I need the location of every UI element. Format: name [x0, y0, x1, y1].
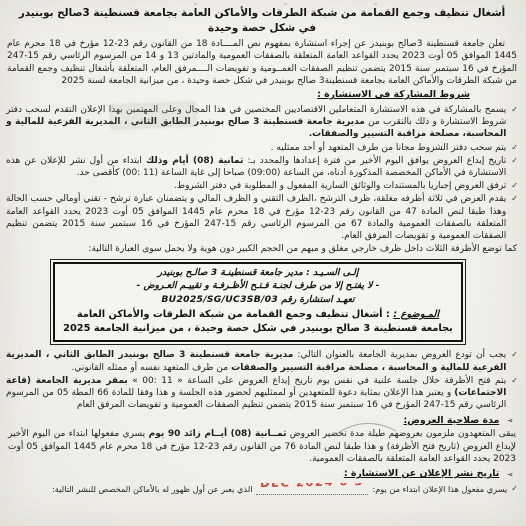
check-icon: ✓	[511, 142, 518, 154]
checklist-item: ✓يتم سحب دفتر الشروط مجانا من طرف المتعه…	[6, 142, 518, 154]
ink-bleed-ghost-stamp	[110, 102, 197, 130]
envelope-reference-line: تعهـد استشارة رقم BU2025/SG/UC3SB/03	[61, 293, 455, 307]
announcement-intro-paragraph: تعلن جامعة قسنطينة 3صالح بوبنيدر عن إجرا…	[7, 38, 517, 87]
scanned-tender-document: أشغال تنظيف وجمع القمامة من شبكة الطرقات…	[0, 0, 526, 526]
checklist-item-text: يسمح بالمشاركة في هذه الاستشارة المتعامل…	[6, 104, 506, 141]
check-icon: ✓	[511, 375, 518, 387]
checklist-item-text: يجب أن تودع العروض بمديرية الجامعة بالعن…	[6, 349, 506, 373]
check-icon: ✓	[511, 155, 518, 167]
checklist-item-text: ترفق العروض إجباريا بالمستندات والوثائق …	[6, 180, 506, 192]
section-heading-offer-validity: مدة صلاحية العروض:	[404, 415, 500, 428]
checklist-item: ✓ترفق العروض إجباريا بالمستندات والوثائق…	[6, 180, 518, 192]
document-title-line2: في شكل حصة وحيدة	[6, 21, 518, 36]
section-heading-publication-date: تاريخ نشر الإعلان عن الاستشارة :	[344, 468, 499, 481]
arrow-bullet-icon: ➢	[507, 417, 514, 425]
cropped-previous-line	[156, 3, 398, 5]
publication-date-line: ✓ يسري مفعول هذا الإعلان ابتداء من يوم: …	[6, 483, 518, 495]
publication-text-before-date: يسري مفعول هذا الإعلان ابتداء من يوم:	[372, 484, 507, 495]
dotted-date-field: 3 0 DEC 2024	[256, 485, 368, 495]
checklist-item-text: يتم فتح الأظرفة خلال جلسة علنية في نفس ي…	[6, 375, 506, 412]
envelope-addressee-line: إلـى السـيـد : مدير جامعة قسنطينـة 3 صال…	[61, 266, 455, 280]
envelope-label-box: إلـى السـيـد : مدير جامعة قسنطينـة 3 صال…	[50, 259, 466, 346]
check-icon: ✓	[511, 104, 518, 116]
participation-conditions-list: ✓يسمح بالمشاركة في هذه الاستشارة المتعام…	[6, 104, 518, 243]
validity-heading-row: ➢ مدة صلاحية العروض:	[6, 415, 514, 428]
checklist-item: ✓يتم فتح الأظرفة خلال جلسة علنية في نفس …	[6, 375, 518, 412]
red-date-stamp: 3 0 DEC 2024	[256, 483, 368, 492]
envelope-label-inner-border: إلـى السـيـد : مدير جامعة قسنطينـة 3 صال…	[53, 262, 463, 343]
section-heading-participation-conditions: شروط المشاركة في الاستشارة :	[6, 89, 470, 102]
checklist-item: ✓تاريخ إيداع العروض يوافق اليوم الأخير م…	[6, 155, 518, 179]
checklist-item-text: يتم سحب دفتر الشروط مجانا من طرف المتعهد…	[6, 142, 506, 154]
checklist-item: ✓يجب أن تودع العروض بمديرية الجامعة بالع…	[6, 349, 518, 373]
check-icon: ✓	[511, 180, 518, 192]
reference-label: تعهـد استشارة رقم	[281, 294, 354, 305]
check-icon: ✓	[511, 349, 518, 361]
publication-text-after-date: الذي يعبر عن أول ظهور له بالأماكن المخصص…	[52, 484, 253, 495]
checklist-item-text: يقدم العرض في ثلاثة أظرفه مغلقة، ظرف الت…	[6, 193, 506, 242]
outer-envelope-note: كما توضع الأظرفة الثلاث داخل ظرف خارجي م…	[7, 243, 517, 255]
arrow-bullet-icon: ➢	[507, 471, 514, 479]
publication-heading-row: ➢ تاريخ نشر الإعلان عن الاستشارة :	[6, 468, 514, 481]
consultation-reference-code: BU2025/SG/UC3SB/03	[161, 294, 278, 305]
envelope-warning-line: - لا يفتـح إلا من طرف لجنـة فـتـح الأظـر…	[61, 279, 455, 293]
checklist-item: ✓يسمح بالمشاركة في هذه الاستشارة المتعام…	[6, 104, 518, 141]
envelope-subject-line: المـوضوع : : أشغال تنظيف وجمع القمامة من…	[61, 308, 455, 336]
offer-validity-paragraph: يبقى المتعهدون ملزمون بعروضهم طيلة مدة ت…	[8, 428, 516, 465]
checklist-item: ✓يقدم العرض في ثلاثة أظرفه مغلقة، ظرف ال…	[6, 193, 518, 242]
deposit-instructions-list: ✓يجب أن تودع العروض بمديرية الجامعة بالع…	[6, 349, 518, 411]
check-icon: ✓	[511, 483, 518, 495]
checklist-item-text: تاريخ إيداع العروض يوافق اليوم الأخير من…	[6, 155, 506, 179]
document-title-line1: أشغال تنظيف وجمع القمامة من شبكة الطرقات…	[6, 6, 518, 21]
check-icon: ✓	[511, 193, 518, 205]
subject-label: المـوضوع :	[393, 309, 439, 320]
